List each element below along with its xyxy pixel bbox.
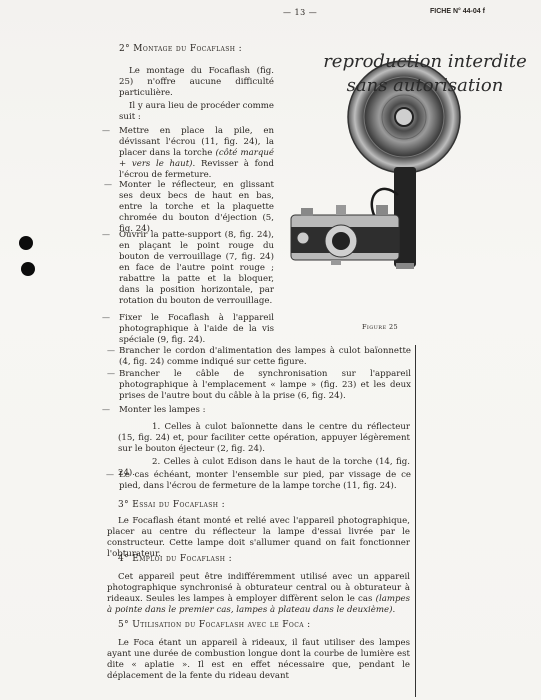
vertical-rule (415, 345, 416, 697)
dash-bullet: — (102, 313, 110, 322)
list-item: Brancher le câble de synchronisation sur… (119, 369, 411, 402)
punch-hole (21, 262, 35, 276)
list-item: Mettre en place la pile, en dévissant l'… (119, 126, 274, 181)
dash-bullet: — (104, 180, 112, 189)
dash-bullet: — (106, 470, 114, 479)
lamp-item: 1. Celles à culot baïonnette dans le cen… (118, 422, 410, 455)
list-item: Ouvrir la patte-support (8, fig. 24), en… (119, 230, 274, 307)
text: . (392, 605, 395, 615)
list-item: Fixer le Focaflash à l'appareil photogra… (119, 313, 274, 346)
paragraph: Cet appareil peut être indifféremment ut… (107, 572, 410, 616)
list-item: Brancher le cordon d'alimentation des la… (119, 346, 411, 368)
fiche-number: FICHE N° 44-04 f (430, 8, 485, 15)
paragraph: Le montage du Focaflash (fig. 25) n'offr… (119, 66, 274, 99)
dash-bullet: — (102, 405, 110, 414)
list-item: Monter les lampes : (119, 405, 411, 416)
dash-bullet: — (102, 126, 110, 135)
watermark: reproduction interdite sans autorisation (320, 50, 530, 98)
page-number: — 13 — (283, 8, 317, 17)
watermark-line: reproduction interdite (320, 50, 530, 74)
section-heading-5: 5° Utilisation du Focaflash avec le Foca… (118, 620, 311, 630)
paragraph: Il y aura lieu de procéder comme suit : (119, 101, 274, 123)
list-item: Monter le réflecteur, en glissant ses de… (119, 180, 274, 235)
list-item: Le cas échéant, monter l'ensemble sur pi… (119, 470, 411, 492)
dash-bullet: — (102, 230, 110, 239)
dash-bullet: — (107, 346, 115, 355)
figure-caption: Figure 25 (362, 323, 398, 331)
section-heading-3: 3° Essai du Focaflash : (118, 500, 225, 510)
dash-bullet: — (107, 369, 115, 378)
section-heading-2: 2° Montage du Focaflash : (119, 44, 242, 54)
watermark-line: sans autorisation (320, 74, 530, 98)
section-heading-4: 4° Emploi du Focaflash : (118, 554, 232, 564)
text: Cet appareil peut être indifféremment ut… (107, 572, 410, 604)
document-page: — 13 — FICHE N° 44-04 f (0, 0, 541, 700)
punch-hole (19, 236, 33, 250)
paragraph: Le Foca étant un appareil à rideaux, il … (107, 638, 410, 682)
